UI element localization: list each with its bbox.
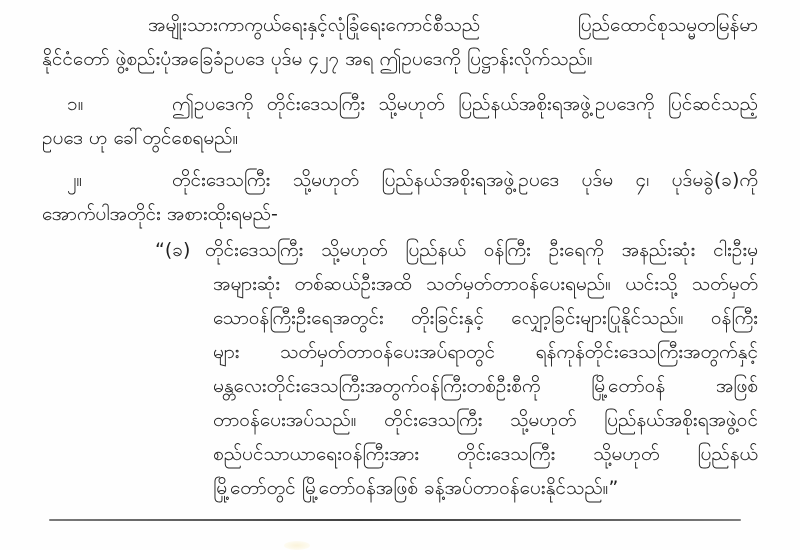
paragraph-2-text: တိုင်းဒေသကြီး သို့မဟုတ် ပြည်နယ်အစိုးရအဖွ… bbox=[172, 169, 758, 191]
preamble-paragraph: အမျိုးသားကာကွယ်ရေးနှင့်လုံခြုံရေးကောင်စီ… bbox=[42, 8, 758, 76]
subclause-line-5: မန္တလေးတိုင်းဒေသကြီးအတွက်ဝန်ကြီးတစ်ဦးစီက… bbox=[213, 369, 758, 403]
horizontal-divider-rule bbox=[49, 519, 741, 521]
subclause-line-6: တာဝန်ပေးအပ်သည်။ တိုင်းဒေသကြီး သို့မဟုတ် … bbox=[213, 403, 758, 437]
subclause-label: “(ခ) bbox=[155, 233, 205, 267]
subclause-kha-block: “(ခ)တိုင်းဒေသကြီး သို့မဟုတ် ပြည်နယ် ဝန်က… bbox=[155, 233, 758, 505]
paragraph-2-number: ၂။ bbox=[42, 163, 172, 197]
paragraph-1-text: ဤဥပဒေကို တိုင်းဒေသကြီး သို့မဟုတ် ပြည်နယ်… bbox=[172, 93, 758, 115]
preamble-line-2: နိုင်ငံတော် ဖွဲ့စည်းပုံအခြေခံဥပဒေ ပုဒ်မ … bbox=[42, 42, 758, 76]
paragraph-1-line-2: ဥပဒေ ဟု ခေါ်တွင်စေရမည်။ bbox=[42, 121, 758, 155]
faint-highlight-smudge bbox=[284, 541, 310, 550]
numbered-paragraph-2: ၂။တိုင်းဒေသကြီး သို့မဟုတ် ပြည်နယ်အစိုးရအ… bbox=[42, 163, 758, 231]
paragraph-1-number: ၁။ bbox=[42, 87, 172, 121]
numbered-paragraph-1: ၁။ဤဥပဒေကို တိုင်းဒေသကြီး သို့မဟုတ် ပြည်န… bbox=[42, 87, 758, 155]
subclause-line-3: သောဝန်ကြီးဦးရေအတွင်း တိုးခြင်းနှင့် လျှေ… bbox=[213, 301, 758, 335]
paragraph-2-line-1: ၂။တိုင်းဒေသကြီး သို့မဟုတ် ပြည်နယ်အစိုးရအ… bbox=[42, 163, 758, 197]
paragraph-1-line-1: ၁။ဤဥပဒေကို တိုင်းဒေသကြီး သို့မဟုတ် ပြည်န… bbox=[42, 87, 758, 121]
subclause-line-1: “(ခ)တိုင်းဒေသကြီး သို့မဟုတ် ပြည်နယ် ဝန်က… bbox=[155, 233, 758, 267]
subclause-text: တိုင်းဒေသကြီး သို့မဟုတ် ပြည်နယ် ဝန်ကြီး … bbox=[205, 239, 758, 261]
subclause-line-2: အများဆုံး တစ်ဆယ်ဦးအထိ သတ်မှတ်တာဝန်ပေးရမည… bbox=[213, 267, 758, 301]
preamble-line-1: အမျိုးသားကာကွယ်ရေးနှင့်လုံခြုံရေးကောင်စီ… bbox=[42, 8, 758, 42]
paragraph-2-line-2: အောက်ပါအတိုင်း အစားထိုးရမည်- bbox=[42, 197, 758, 231]
subclause-line-8: မြို့တော်တွင် မြို့တော်ဝန်အဖြစ် ခန့်အပ်တ… bbox=[213, 471, 758, 505]
subclause-line-7: စည်ပင်သာယာရေးဝန်ကြီးအား တိုင်းဒေသကြီး သိ… bbox=[213, 437, 758, 471]
subclause-line-4: များ သတ်မှတ်တာဝန်ပေးအပ်ရာတွင် ရန်ကုန်တို… bbox=[213, 335, 758, 369]
document-page: အမျိုးသားကာကွယ်ရေးနှင့်လုံခြုံရေးကောင်စီ… bbox=[0, 0, 800, 550]
